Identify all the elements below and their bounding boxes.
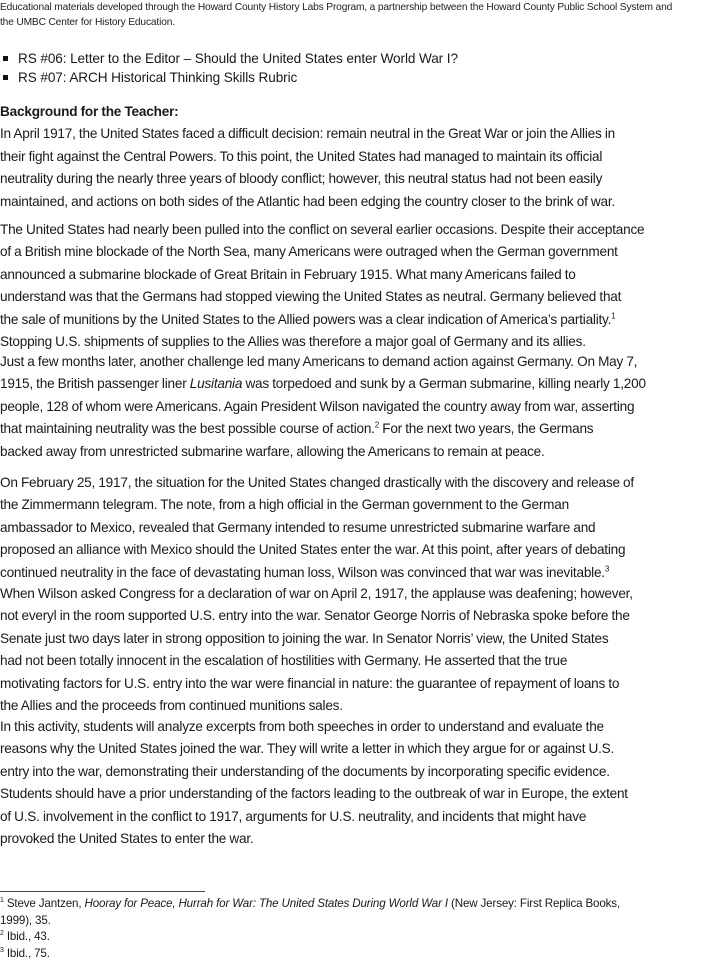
book-title-italic: Hooray for Peace, Hurrah for War: The Un… [85,897,448,910]
document-page: Educational materials developed through … [0,0,709,970]
paragraph-line: On February 25, 1917, the situation for … [0,472,709,494]
section-heading: Background for the Teacher: [0,101,709,123]
paragraph-line: proposed an alliance with Mexico should … [0,539,709,561]
paragraph-line: announced a submarine blockade of Great … [0,264,709,286]
paragraph-line: The United States had nearly been pulled… [0,219,709,241]
paragraph-line: In this activity, students will analyze … [0,716,709,738]
paragraph-line: When Wilson asked Congress for a declara… [0,583,709,605]
resource-sheet-list: RS #06: Letter to the Editor – Should th… [0,49,709,87]
header-line-2: the UMBC Center for History Education. [0,16,709,31]
paragraph-line: their fight against the Central Powers. … [0,146,709,168]
header-attribution: Educational materials developed through … [0,1,709,30]
square-bullet-icon [3,75,8,80]
paragraph-line: backed away from unrestricted submarine … [0,441,709,463]
paragraph-line: not everyl in the room supported U.S. en… [0,605,709,627]
paragraph-line: had not been totally innocent in the esc… [0,650,709,672]
resource-label: RS #07: ARCH Historical Thinking Skills … [18,70,297,85]
paragraph-3: Just a few months later, another challen… [0,351,709,463]
paragraph-5: When Wilson asked Congress for a declara… [0,583,709,717]
paragraph-line: of U.S. involvement in the conflict to 1… [0,806,709,828]
footnote-separator [0,891,205,892]
paragraph-2: The United States had nearly been pulled… [0,219,709,353]
paragraph-line: neutrality during the nearly three years… [0,168,709,190]
paragraph-line: understand was that the Germans had stop… [0,286,709,308]
resource-item-rs06: RS #06: Letter to the Editor – Should th… [0,49,709,68]
ship-name-italic: Lusitania [190,376,242,391]
paragraph-line: continued neutrality in the face of deva… [0,562,709,584]
paragraph-line: reasons why the United States joined the… [0,738,709,760]
paragraph-line: the Zimmermann telegram. The note, from … [0,494,709,516]
footnote-1: 1 Steve Jantzen, Hooray for Peace, Hurra… [0,896,709,913]
paragraph-line: motivating factors for U.S. entry into t… [0,673,709,695]
paragraph-line: the Allies and the proceeds from continu… [0,695,709,717]
paragraph-line: Senate just two days later in strong opp… [0,628,709,650]
resource-item-rs07: RS #07: ARCH Historical Thinking Skills … [0,68,709,87]
paragraph-line: the sale of munitions by the United Stat… [0,309,709,331]
paragraph-line: maintained, and actions on both sides of… [0,191,709,213]
footnotes: 1 Steve Jantzen, Hooray for Peace, Hurra… [0,896,709,962]
paragraph-line: 1915, the British passenger liner Lusita… [0,373,709,395]
footnote-3: 3 Ibid., 75. [0,946,709,963]
paragraph-line: of a British mine blockade of the North … [0,241,709,263]
paragraph-line: that maintaining neutrality was the best… [0,418,709,440]
header-line-1: Educational materials developed through … [0,1,709,16]
paragraph-line: Students should have a prior understandi… [0,783,709,805]
paragraph-line: ambassador to Mexico, revealed that Germ… [0,517,709,539]
paragraph-line: In April 1917, the United States faced a… [0,123,709,145]
paragraph-6: In this activity, students will analyze … [0,716,709,850]
footnote-1-continued: 1999), 35. [0,913,709,930]
paragraph-line: Just a few months later, another challen… [0,351,709,373]
background-section-intro: Background for the Teacher: In April 191… [0,101,709,213]
paragraph-4: On February 25, 1917, the situation for … [0,472,709,584]
paragraph-line: entry into the war, demonstrating their … [0,761,709,783]
square-bullet-icon [3,56,8,61]
footnote-ref-3: 3 [605,564,609,573]
resource-label: RS #06: Letter to the Editor – Should th… [18,51,458,66]
paragraph-line: provoked the United States to enter the … [0,828,709,850]
footnote-2: 2 Ibid., 43. [0,929,709,946]
footnote-ref-1: 1 [611,311,615,320]
paragraph-line: people, 128 of whom were Americans. Agai… [0,396,709,418]
